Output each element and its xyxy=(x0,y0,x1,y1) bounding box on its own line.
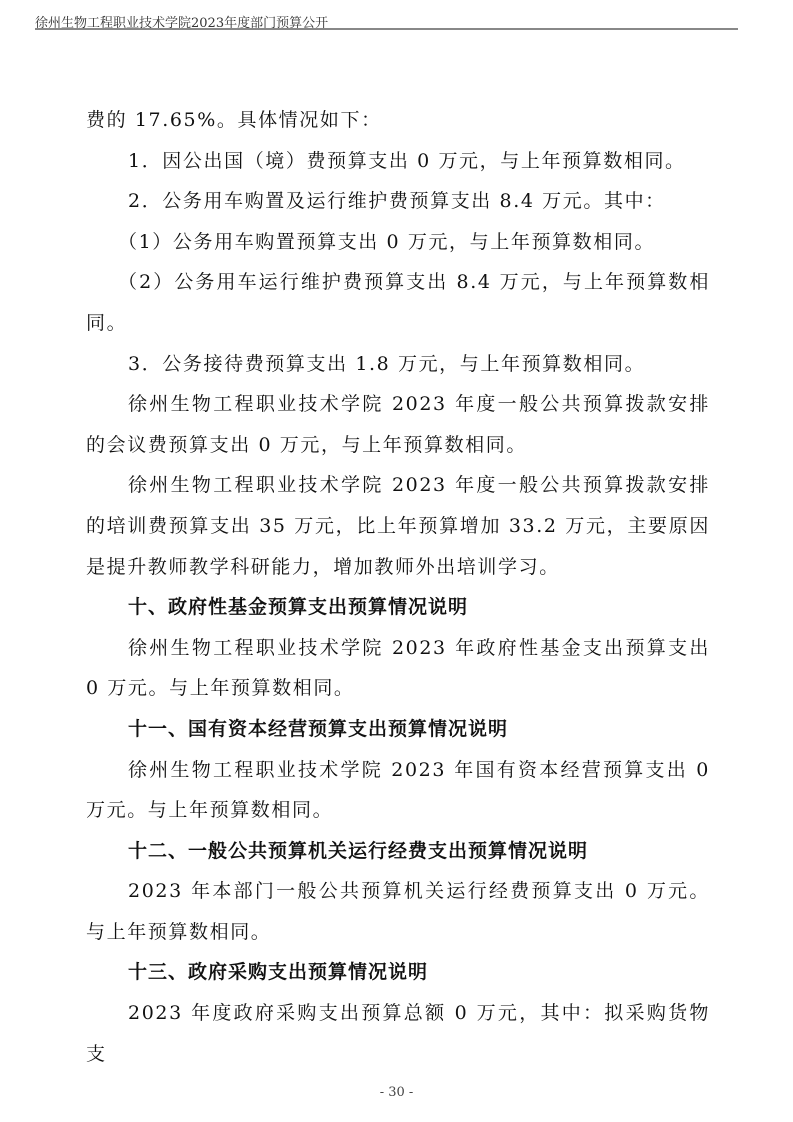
paragraph-procurement: 2023 年度政府采购支出预算总额 0 万元，其中：拟采购货物支 xyxy=(86,993,710,1074)
paragraph-training-fee: 徐州生物工程职业技术学院 2023 年度一般公共预算拨款安排的培训费预算支出 3… xyxy=(86,465,710,587)
paragraph-state-capital: 徐州生物工程职业技术学院 2023 年国有资本经营预算支出 0 万元。与上年预算… xyxy=(86,750,710,831)
section-heading-10: 十、政府性基金预算支出预算情况说明 xyxy=(86,587,710,628)
paragraph-subitem-2: （2）公务用车运行维护费预算支出 8.4 万元，与上年预算数相同。 xyxy=(86,262,710,343)
paragraph-item-2: 2．公务用车购置及运行维护费预算支出 8.4 万元。其中： xyxy=(86,181,710,222)
paragraph-item-1: 1．因公出国（境）费预算支出 0 万元，与上年预算数相同。 xyxy=(86,141,710,182)
paragraph-item-3: 3．公务接待费预算支出 1.8 万元，与上年预算数相同。 xyxy=(86,344,710,385)
section-heading-12: 十二、一般公共预算机关运行经费支出预算情况说明 xyxy=(86,831,710,872)
paragraph-gov-fund: 徐州生物工程职业技术学院 2023 年政府性基金支出预算支出 0 万元。与上年预… xyxy=(86,628,710,709)
paragraph-meeting-fee: 徐州生物工程职业技术学院 2023 年度一般公共预算拨款安排的会议费预算支出 0… xyxy=(86,384,710,465)
section-heading-11: 十一、国有资本经营预算支出预算情况说明 xyxy=(86,709,710,750)
paragraph-operating-expense: 2023 年本部门一般公共预算机关运行经费预算支出 0 万元。与上年预算数相同。 xyxy=(86,871,710,952)
paragraph-continuation: 费的 17.65%。具体情况如下： xyxy=(86,100,710,141)
header-rule xyxy=(35,28,738,30)
document-body: 费的 17.65%。具体情况如下： 1．因公出国（境）费预算支出 0 万元，与上… xyxy=(86,100,710,1074)
page-number: - 30 - xyxy=(0,1085,793,1100)
paragraph-subitem-1: （1）公务用车购置预算支出 0 万元，与上年预算数相同。 xyxy=(86,222,710,263)
section-heading-13: 十三、政府采购支出预算情况说明 xyxy=(86,952,710,993)
